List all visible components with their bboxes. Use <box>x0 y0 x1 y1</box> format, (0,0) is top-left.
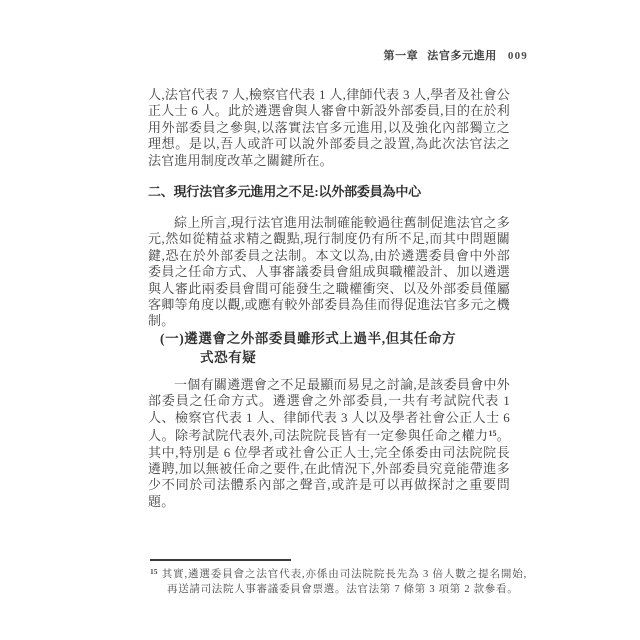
paragraph: 一個有關遴選會之不足最顯而易見之討論,是該委員會中外部委員之任命方式。遴選會之外… <box>148 377 510 510</box>
page-number: 009 <box>508 50 528 62</box>
footnote: 15其實,遴選委員會之法官代表,亦係由司法院院長先為 3 倍人數之提名開始,再送… <box>150 564 527 597</box>
footnote-text: 其實,遴選委員會之法官代表,亦係由司法院院長先為 3 倍人數之提名開始,再送請司… <box>162 569 528 595</box>
chapter-title: 法官多元進用 <box>427 50 497 62</box>
footnote-divider <box>150 559 291 561</box>
paragraph: 綜上所言,現行法官進用法制確能較過往舊制促進法官之多元,然如從精益求精之觀點,現… <box>148 215 510 330</box>
book-page: 第一章法官多元進用009 人,法官代表 7 人,檢察官代表 1 人,律師代表 3… <box>0 0 640 640</box>
paragraph-continuation: 人,法官代表 7 人,檢察官代表 1 人,律師代表 3 人,學者及社會公正人士 … <box>148 87 510 169</box>
page-header: 第一章法官多元進用009 <box>0 47 528 63</box>
subsection-heading-line1: (一)遴選會之外部委員雖形式上過半,但其任命方 <box>160 331 456 346</box>
footnote-reference: 15 <box>489 429 497 438</box>
section-heading: 二、現行法官多元進用之不足:以外部委員為中心 <box>148 181 421 200</box>
paragraph-text: 一個有關遴選會之不足最顯而易見之討論,是該委員會中外部委員之任命方式。遴選會之外… <box>148 377 510 443</box>
chapter-label: 第一章 <box>383 50 418 62</box>
subsection-heading-line2: 式恐有疑 <box>200 350 256 365</box>
subsection-heading: (一)遴選會之外部委員雖形式上過半,但其任命方 式恐有疑 <box>160 329 456 367</box>
footnote-marker: 15 <box>150 567 158 576</box>
